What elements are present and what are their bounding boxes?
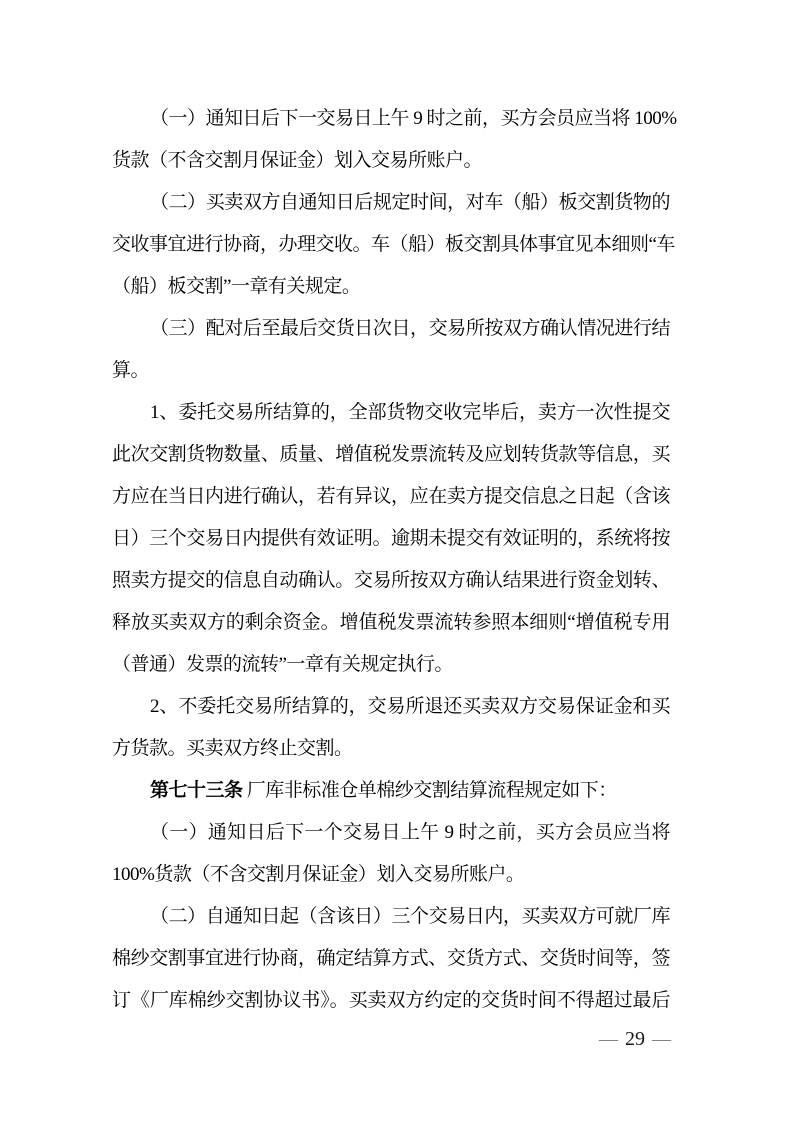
text-line: （一）通知日后下一个交易日上午 9 时之前，买方会员应当将 xyxy=(112,812,670,854)
text-line: 照卖方提交的信息自动确认。交易所按双方确认结果进行资金划转、 xyxy=(112,560,670,602)
text-line: 方货款。买卖双方终止交割。 xyxy=(112,728,670,770)
footer-dash-left: — xyxy=(592,1029,625,1050)
text-line: 交收事宜进行协商，办理交收。车（船）板交割具体事宜见本细则“车 xyxy=(112,224,670,266)
text-line: 订《厂库棉纱交割协议书》。买卖双方约定的交货时间不得超过最后 xyxy=(112,980,670,1022)
page-number: 29 xyxy=(625,1028,645,1050)
footer-dash-right: — xyxy=(645,1029,678,1050)
text-line: （普通）发票的流转”一章有关规定执行。 xyxy=(112,644,670,686)
article-number: 第七十三条 xyxy=(150,780,243,801)
text-line: 货款（不含交割月保证金）划入交易所账户。 xyxy=(112,140,670,182)
text-line: 释放买卖双方的剩余资金。增值税发票流转参照本细则“增值税专用 xyxy=(112,602,670,644)
document-body: （一）通知日后下一交易日上午 9 时之前，买方会员应当将 100%货款（不含交割… xyxy=(112,98,670,1022)
text-line: （二）自通知日起（含该日）三个交易日内，买卖双方可就厂库 xyxy=(112,896,670,938)
text-line: （船）板交割”一章有关规定。 xyxy=(112,266,670,308)
text-line: 100%货款（不含交割月保证金）划入交易所账户。 xyxy=(112,854,670,896)
text-line: 第七十三条 厂库非标准仓单棉纱交割结算流程规定如下： xyxy=(112,770,670,812)
text-line: 方应在当日内进行确认，若有异议，应在卖方提交信息之日起（含该 xyxy=(112,476,670,518)
text-line: 此次交割货物数量、质量、增值税发票流转及应划转货款等信息，买 xyxy=(112,434,670,476)
text-line: 1、委托交易所结算的，全部货物交收完毕后，卖方一次性提交 xyxy=(112,392,670,434)
text-line: （二）买卖双方自通知日后规定时间，对车（船）板交割货物的 xyxy=(112,182,670,224)
document-page: （一）通知日后下一交易日上午 9 时之前，买方会员应当将 100%货款（不含交割… xyxy=(0,0,793,1122)
page-footer: —29— xyxy=(592,1028,678,1051)
text-line: 2、不委托交易所结算的，交易所退还买卖双方交易保证金和买 xyxy=(112,686,670,728)
text-line: （三）配对后至最后交货日次日，交易所按双方确认情况进行结 xyxy=(112,308,670,350)
text-line: 算。 xyxy=(112,350,670,392)
text-line: 日）三个交易日内提供有效证明。逾期未提交有效证明的，系统将按 xyxy=(112,518,670,560)
text-line: 棉纱交割事宜进行协商，确定结算方式、交货方式、交货时间等，签 xyxy=(112,938,670,980)
text-line: （一）通知日后下一交易日上午 9 时之前，买方会员应当将 100% xyxy=(112,98,670,140)
